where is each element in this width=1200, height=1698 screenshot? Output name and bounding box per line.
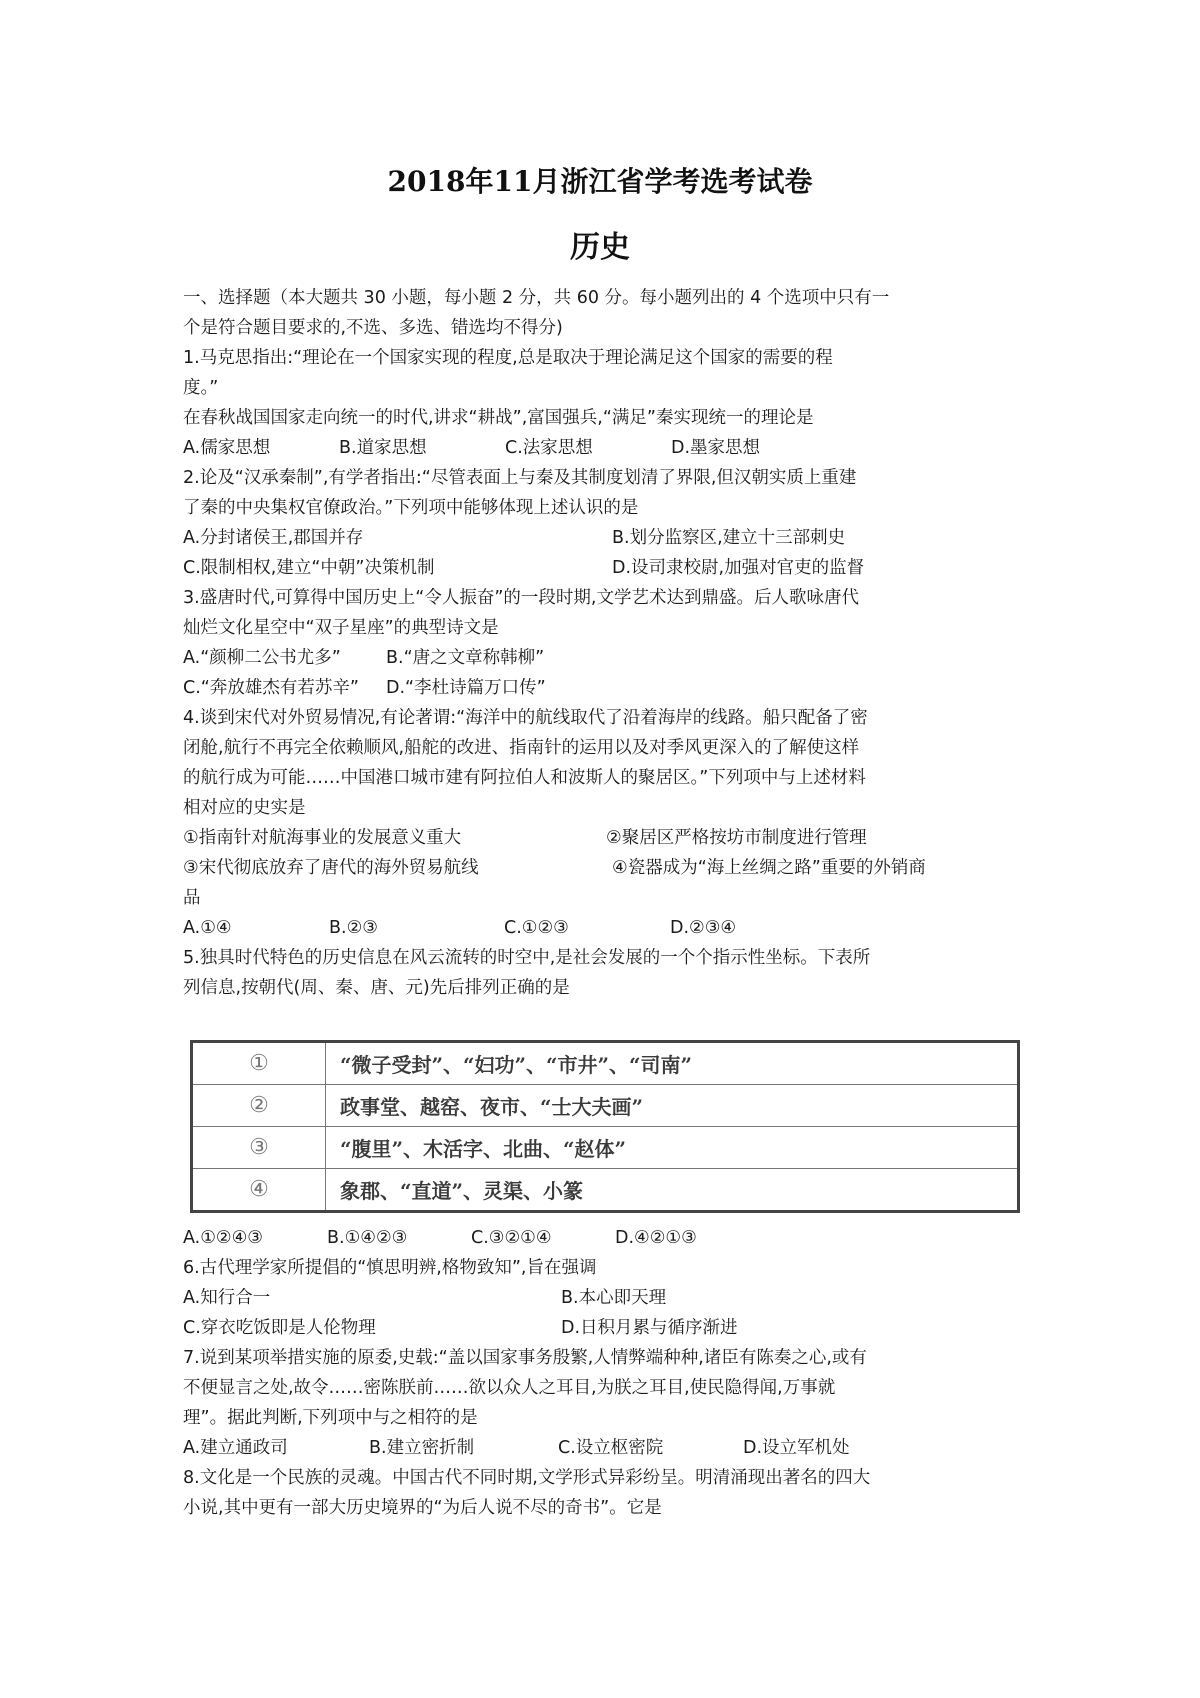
question-3-option-d: D.“李杜诗篇万口传” bbox=[386, 677, 546, 699]
table-row: ④ 象郡、“直道”、灵渠、小篆 bbox=[192, 1169, 1019, 1212]
question-5-option-d: D.④②①③ bbox=[615, 1227, 697, 1249]
question-3-text: 3.盛唐时代,可算得中国历史上“令人振奋”的一段时期,文学艺术达到鼎盛。后人歌咏… bbox=[183, 587, 859, 609]
row-text: 政事堂、越窑、夜市、“士大夫画” bbox=[326, 1085, 1019, 1127]
subject-title: 历史 bbox=[0, 222, 1200, 266]
question-7-text: 7.说到某项举措实施的原委,史载:“盖以国家事务殷繁,人情弊端种种,诸臣有陈奏之… bbox=[183, 1347, 867, 1369]
question-5-option-b: B.①④②③ bbox=[327, 1227, 407, 1249]
section-instructions-cont: 个是符合题目要求的,不选、多选、错选均不得分) bbox=[183, 317, 563, 339]
question-1-option-b: B.道家思想 bbox=[339, 437, 427, 459]
question-2-option-c: C.限制相权,建立“中朝”决策机制 bbox=[183, 557, 434, 579]
question-4-text: 相对应的史实是 bbox=[183, 797, 306, 819]
question-7-text: 不便显言之处,故令……密陈朕前……欲以众人之耳目,为朕之耳目,使民隐得闻,万事就 bbox=[183, 1377, 835, 1399]
question-7-text: 理”。据此判断,下列项中与之相符的是 bbox=[183, 1407, 478, 1429]
question-5-option-c: C.③②①④ bbox=[471, 1227, 552, 1249]
question-1-option-a: A.儒家思想 bbox=[183, 437, 270, 459]
question-1-text: 在春秋战国国家走向统一的时代,讲求“耕战”,富国强兵,“满足”秦实现统一的理论是 bbox=[183, 407, 813, 429]
question-3-text: 灿烂文化星空中“双子星座”的典型诗文是 bbox=[183, 617, 499, 639]
question-4-option-b: B.②③ bbox=[329, 917, 378, 939]
row-number: ③ bbox=[192, 1127, 326, 1169]
question-4-statement-4-cont: 品 bbox=[183, 887, 201, 909]
question-3-option-c: C.“奔放雄杰有若苏辛” bbox=[183, 677, 359, 699]
question-7-option-c: C.设立枢密院 bbox=[558, 1437, 663, 1459]
question-5-text: 列信息,按朝代(周、秦、唐、元)先后排列正确的是 bbox=[183, 977, 570, 999]
row-number: ② bbox=[192, 1085, 326, 1127]
section-instructions: 一、选择题（本大题共 30 小题，每小题 2 分，共 60 分。每小题列出的 4… bbox=[183, 287, 889, 309]
row-text: “微子受封”、“妇功”、“市井”、“司南” bbox=[326, 1042, 1019, 1085]
question-4-statement-4: ④瓷器成为“海上丝绸之路”重要的外销商 bbox=[612, 857, 926, 879]
question-2-option-b: B.划分监察区,建立十三部刺史 bbox=[612, 527, 845, 549]
question-4-option-d: D.②③④ bbox=[670, 917, 736, 939]
question-4-statement-3: ③宋代彻底放弃了唐代的海外贸易航线 bbox=[183, 857, 479, 879]
question-2-option-d: D.设司隶校尉,加强对官吏的监督 bbox=[612, 557, 864, 579]
question-4-statement-1: ①指南针对航海事业的发展意义重大 bbox=[183, 827, 461, 849]
question-3-option-b: B.“唐之文章称韩柳” bbox=[386, 647, 544, 669]
question-7-option-a: A.建立通政司 bbox=[183, 1437, 288, 1459]
table-row: ③ “腹里”、木活字、北曲、“赵体” bbox=[192, 1127, 1019, 1169]
question-5-text: 5.独具时代特色的历史信息在风云流转的时空中,是社会发展的一个个指示性坐标。下表… bbox=[183, 947, 870, 969]
exam-page: 2018年11月浙江省学考选考试卷 历史 一、选择题（本大题共 30 小题，每小… bbox=[0, 0, 1200, 1698]
question-8-text: 小说,其中更有一部大历史境界的“为后人说不尽的奇书”。它是 bbox=[183, 1497, 662, 1519]
question-4-statement-2: ②聚居区严格按坊市制度进行管理 bbox=[606, 827, 867, 849]
question-2-text: 2.论及“汉承秦制”,有学者指出:“尽管表面上与秦及其制度划清了界限,但汉朝实质… bbox=[183, 467, 856, 489]
exam-title: 2018年11月浙江省学考选考试卷 bbox=[0, 160, 1200, 200]
table-row: ① “微子受封”、“妇功”、“市井”、“司南” bbox=[192, 1042, 1019, 1085]
question-4-option-a: A.①④ bbox=[183, 917, 232, 939]
table-row: ② 政事堂、越窑、夜市、“士大夫画” bbox=[192, 1085, 1019, 1127]
question-7-option-b: B.建立密折制 bbox=[369, 1437, 474, 1459]
question-6-option-b: B.本心即天理 bbox=[561, 1287, 666, 1309]
question-6-option-c: C.穿衣吃饭即是人伦物理 bbox=[183, 1317, 376, 1339]
question-6-text: 6.古代理学家所提倡的“慎思明辨,格物致知”,旨在强调 bbox=[183, 1257, 596, 1279]
question-4-option-c: C.①②③ bbox=[504, 917, 569, 939]
question-2-option-a: A.分封诸侯王,郡国并存 bbox=[183, 527, 363, 549]
question-4-text: 的航行成为可能……中国港口城市建有阿拉伯人和波斯人的聚居区。”下列项中与上述材料 bbox=[183, 767, 866, 789]
row-number: ① bbox=[192, 1042, 326, 1085]
question-6-option-a: A.知行合一 bbox=[183, 1287, 270, 1309]
question-3-option-a: A.“颜柳二公书尤多” bbox=[183, 647, 341, 669]
question-2-text: 了秦的中央集权官僚政治。”下列项中能够体现上述认识的是 bbox=[183, 497, 638, 519]
question-5-option-a: A.①②④③ bbox=[183, 1227, 263, 1249]
question-8-text: 8.文化是一个民族的灵魂。中国古代不同时期,文学形式异彩纷呈。明清涌现出著名的四… bbox=[183, 1467, 870, 1489]
question-5-table: ① “微子受封”、“妇功”、“市井”、“司南” ② 政事堂、越窑、夜市、“士大夫… bbox=[190, 1040, 1020, 1213]
row-text: “腹里”、木活字、北曲、“赵体” bbox=[326, 1127, 1019, 1169]
question-1-option-d: D.墨家思想 bbox=[671, 437, 760, 459]
question-4-text: 4.谈到宋代对外贸易情况,有论著谓:“海洋中的航线取代了沿着海岸的线路。船只配备… bbox=[183, 707, 868, 729]
row-number: ④ bbox=[192, 1169, 326, 1212]
question-4-text: 闭舱,航行不再完全依赖顺风,船舵的改进、指南针的运用以及对季风更深入的了解使这样 bbox=[183, 737, 859, 759]
question-1-text: 1.马克思指出:“理论在一个国家实现的程度,总是取决于理论满足这个国家的需要的程 bbox=[183, 347, 833, 369]
question-6-option-d: D.日积月累与循序渐进 bbox=[561, 1317, 738, 1339]
row-text: 象郡、“直道”、灵渠、小篆 bbox=[326, 1169, 1019, 1212]
question-1-option-c: C.法家思想 bbox=[505, 437, 593, 459]
question-1-text: 度。” bbox=[183, 377, 218, 399]
question-7-option-d: D.设立军机处 bbox=[743, 1437, 850, 1459]
